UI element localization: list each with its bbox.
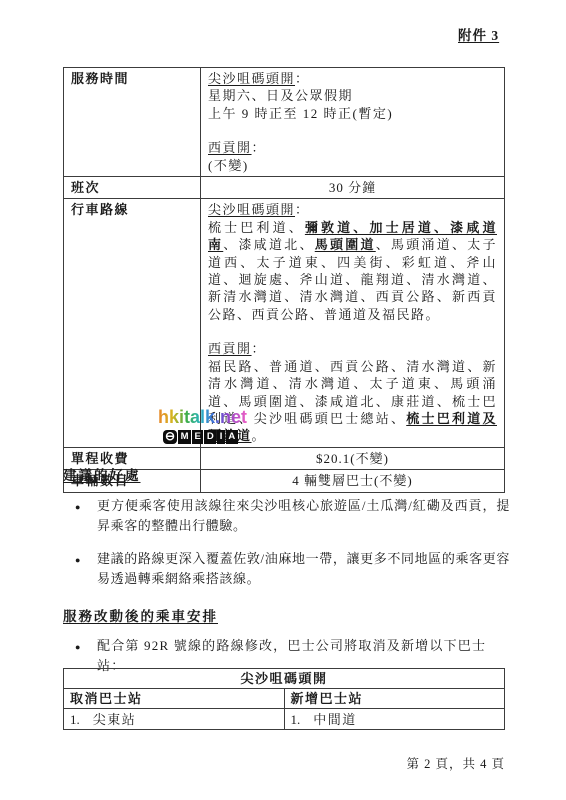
benefits-heading: 建議的好處 (63, 464, 141, 484)
fare-value: $20.1(不變) (201, 447, 505, 469)
media-letter-tile: I (217, 430, 225, 444)
bus-stops-table: 尖沙咀碼頭開 取消巴士站 新增巴士站 1.尖東站 1.中間道 (63, 668, 505, 730)
route-tst-bold-2: 馬頭圍道 (315, 237, 376, 252)
cancelled-stop-number: 1. (70, 712, 80, 727)
stops-header-row: 尖沙咀碼頭開 (64, 669, 505, 689)
media-roundel-icon: ⊖ (163, 430, 177, 444)
page-number: 第 2 頁，共 4 頁 (63, 754, 505, 772)
blank-line (208, 323, 497, 340)
benefit-bullet-1: ● 更方便乘客使用該線往來尖沙咀核心旅遊區/土瓜灣/紅磡及西貢，提昇乘客的整體出… (73, 496, 510, 536)
hkitalk-watermark: hkitalk.net (158, 407, 247, 428)
stops-column-row: 取消巴士站 新增巴士站 (64, 689, 505, 709)
cancelled-stop-name: 尖東站 (93, 712, 137, 727)
frequency-label: 班次 (64, 177, 201, 199)
cancelled-stop-cell: 1.尖東站 (64, 709, 285, 730)
service-hours-row: 服務時間 尖沙咀碼頭開： 星期六、日及公眾假期 上午 9 時正至 12 時正(暫… (64, 68, 505, 177)
bullet-icon: ● (75, 497, 80, 517)
new-stops-column-header: 新增巴士站 (284, 689, 505, 709)
media-letter-tile: M (178, 430, 191, 444)
service-details-table: 服務時間 尖沙咀碼頭開： 星期六、日及公眾假期 上午 9 時正至 12 時正(暫… (63, 67, 505, 493)
new-stop-number: 1. (291, 712, 301, 727)
route-sk-paragraph: 福民路、普通道、西貢公路、清水灣道、新清水灣道、清水灣道、太子道東、馬頭涌道、馬… (208, 358, 497, 445)
frequency-row: 班次 30 分鐘 (64, 177, 505, 199)
frequency-value: 30 分鐘 (201, 177, 505, 199)
from-sk-heading: 西貢開： (208, 139, 497, 156)
service-time: 上午 9 時正至 12 時正(暫定) (208, 105, 497, 122)
media-logo: ⊖ M E D I A (163, 430, 238, 444)
service-days: 星期六、日及公眾假期 (208, 87, 497, 104)
media-letter-tile: E (192, 430, 203, 444)
new-stop-cell: 1.中間道 (284, 709, 505, 730)
route-sk-heading: 西貢開： (208, 340, 497, 357)
route-tst-heading: 尖沙咀碼頭開： (208, 201, 497, 218)
attachment-label: 附件 3 (458, 24, 499, 44)
blank-line (208, 122, 497, 139)
service-hours-label: 服務時間 (64, 68, 201, 177)
document-page: 附件 3 服務時間 尖沙咀碼頭開： 星期六、日及公眾假期 上午 9 時正至 12… (0, 0, 566, 800)
stops-data-row: 1.尖東站 1.中間道 (64, 709, 505, 730)
bullet-icon: ● (75, 550, 80, 570)
media-letter-tile: D (204, 430, 216, 444)
service-hours-value: 尖沙咀碼頭開： 星期六、日及公眾假期 上午 9 時正至 12 時正(暫定) 西貢… (201, 68, 505, 177)
benefit-bullet-2: ● 建議的路線更深入覆蓋佐敦/油麻地一帶，讓更多不同地區的乘客更容易透過轉乘網絡… (73, 549, 510, 589)
media-letter-tile: A (226, 430, 238, 444)
service-unchanged: (不變) (208, 157, 497, 174)
cancelled-stops-column-header: 取消巴士站 (64, 689, 285, 709)
vehicles-value: 4 輛雙層巴士(不變) (201, 470, 505, 492)
bullet-icon: ● (75, 637, 80, 657)
route-row: 行車路線 尖沙咀碼頭開： 梳士巴利道、彌敦道、加士居道、漆咸道南、漆咸道北、馬頭… (64, 199, 505, 447)
from-tst-heading: 尖沙咀碼頭開： (208, 70, 497, 87)
route-tst-paragraph: 梳士巴利道、彌敦道、加士居道、漆咸道南、漆咸道北、馬頭圍道、馬頭涌道、太子道西、… (208, 219, 497, 323)
benefit-bullet-1-text: 更方便乘客使用該線往來尖沙咀核心旅遊區/土瓜灣/紅磡及西貢，提昇乘客的整體出行體… (97, 496, 510, 536)
new-stop-name: 中間道 (313, 712, 357, 727)
benefit-bullet-2-text: 建議的路線更深入覆蓋佐敦/油麻地一帶，讓更多不同地區的乘客更容易透過轉乘網絡乘搭… (97, 549, 510, 589)
stops-table-header: 尖沙咀碼頭開 (64, 669, 505, 689)
arrangements-heading: 服務改動後的乘車安排 (63, 605, 218, 625)
